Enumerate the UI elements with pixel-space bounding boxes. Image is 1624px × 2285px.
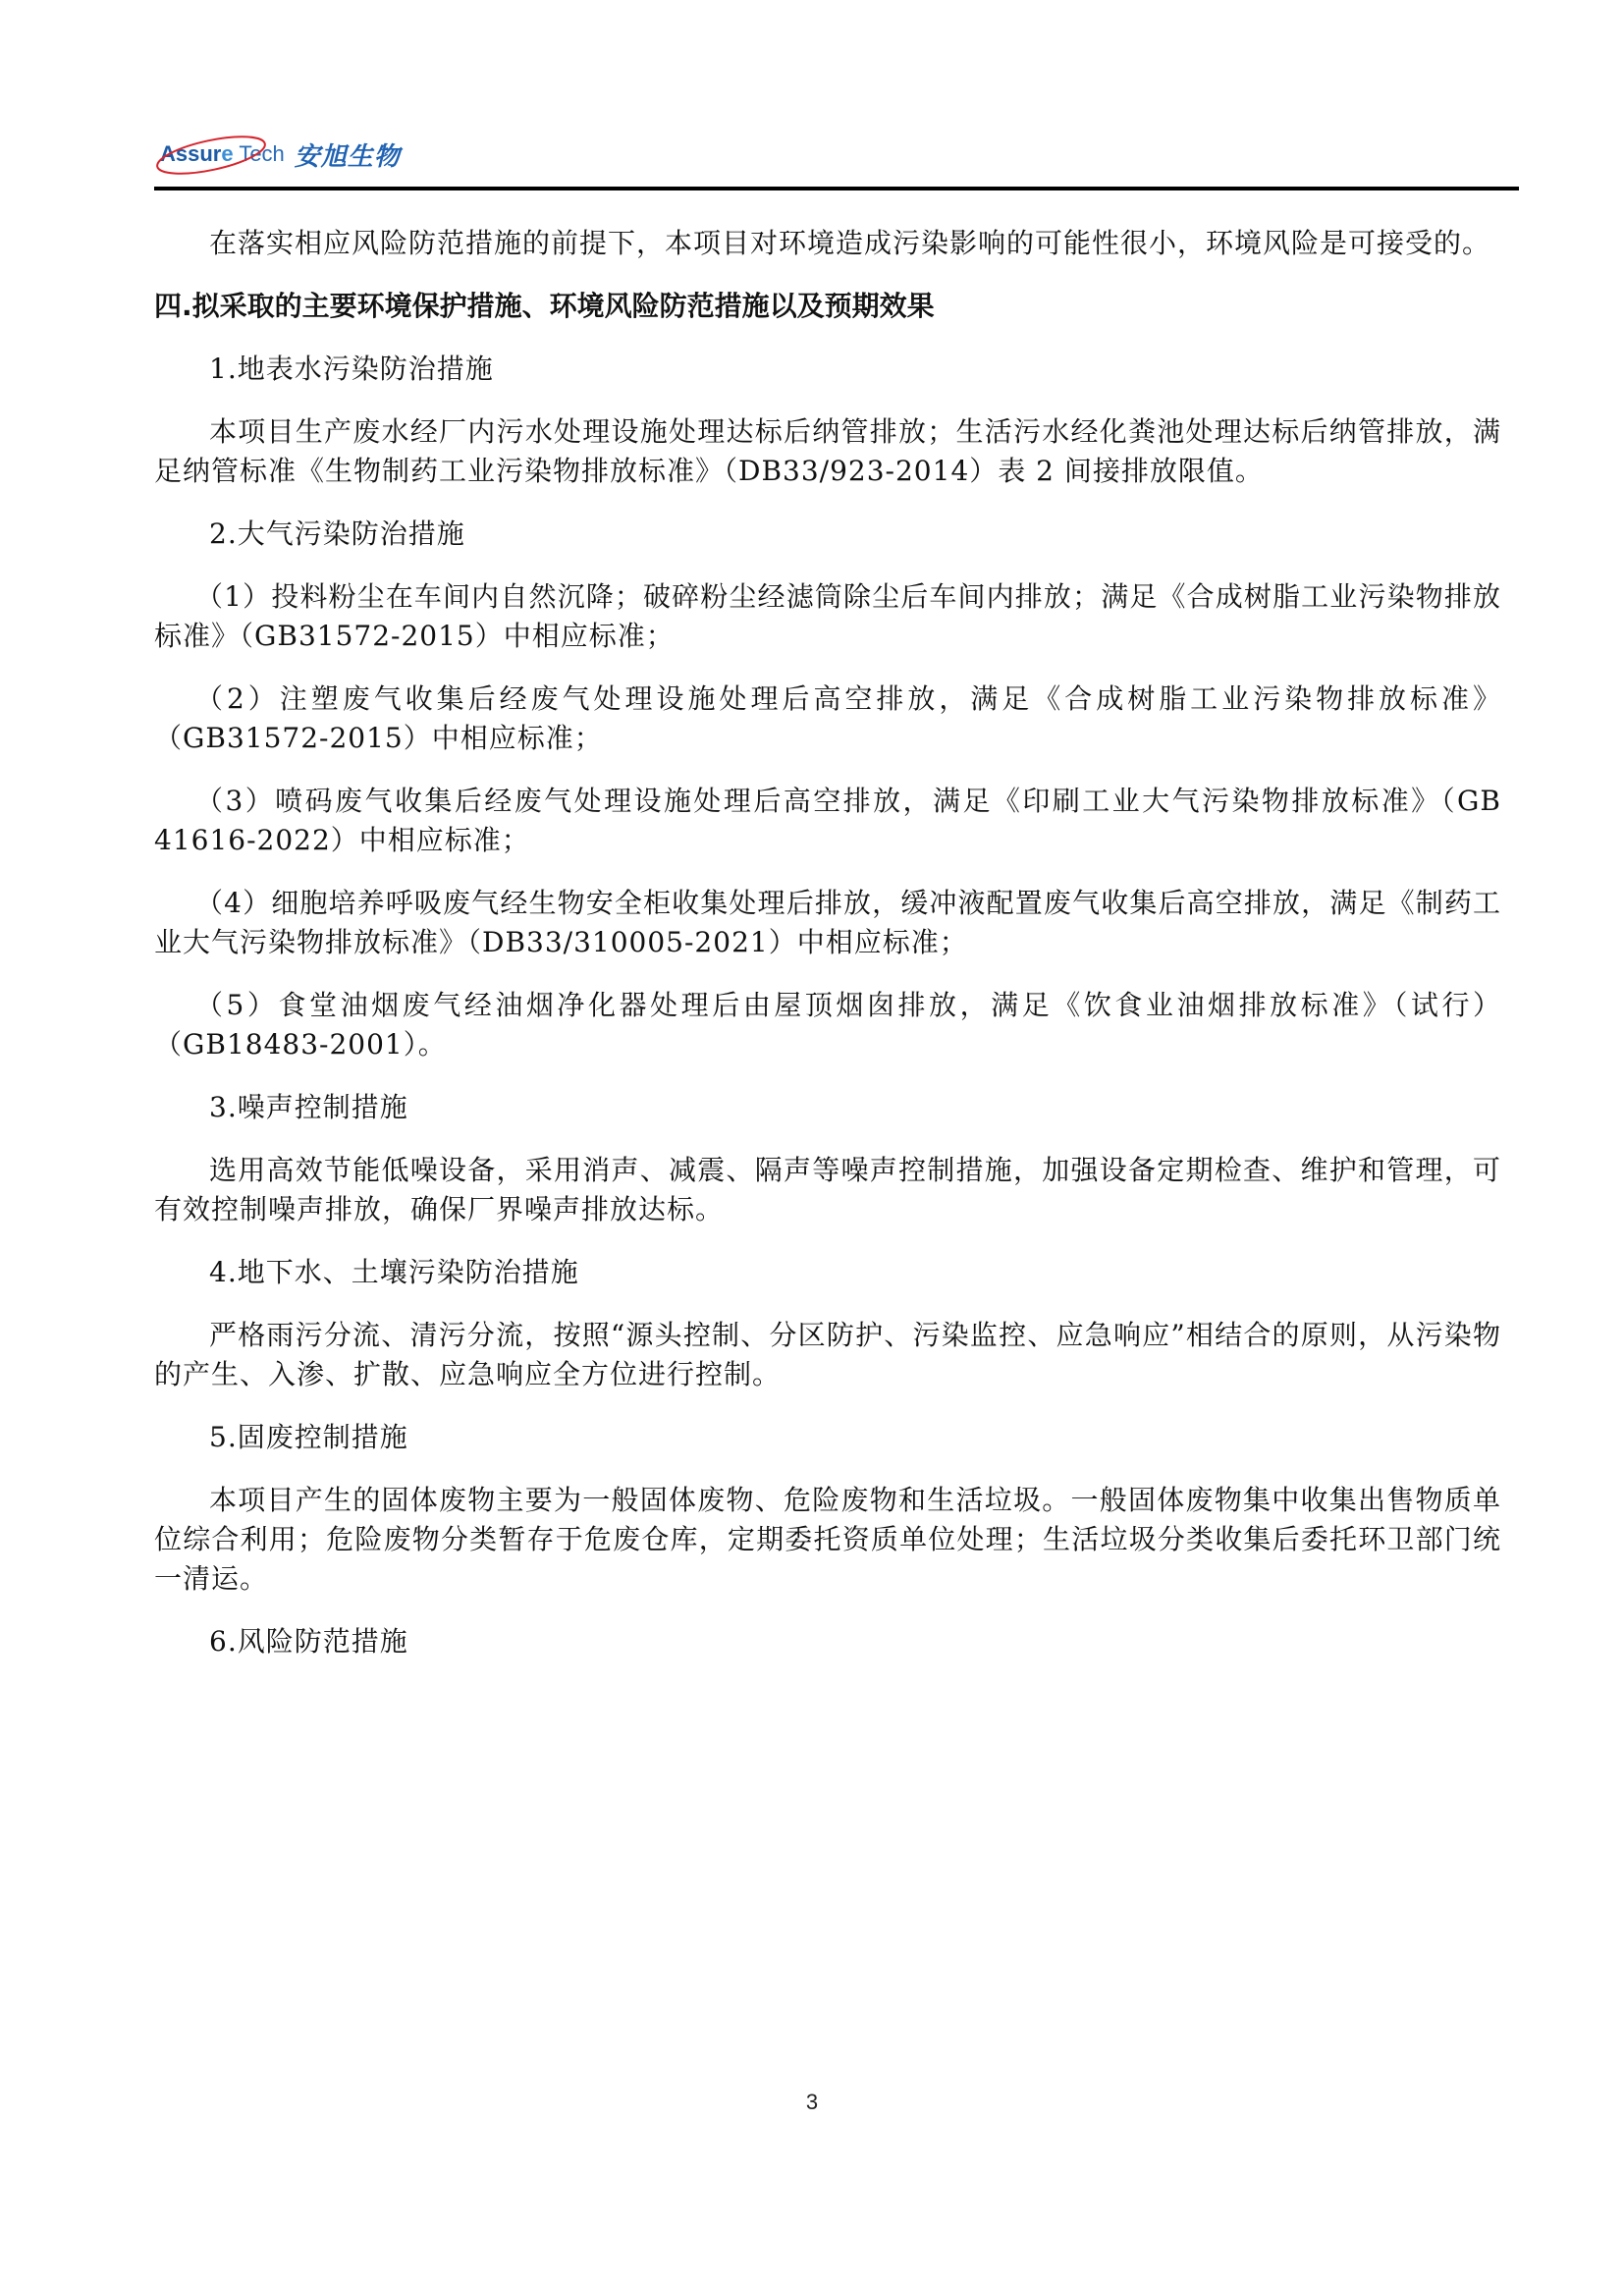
section-groundwater-soil: 4.地下水、土壤污染防治措施 严格雨污分流、清污分流，按照“源头控制、分区防护、…	[154, 1253, 1501, 1394]
section-surface-water: 1.地表水污染防治措施 本项目生产废水经厂内污水处理设施处理达标后纳管排放；生活…	[154, 350, 1501, 491]
subsection-title: 1.地表水污染防治措施	[154, 350, 1501, 389]
body-paragraph: （3）喷码废气收集后经废气处理设施处理后高空排放，满足《印刷工业大气污染物排放标…	[154, 782, 1501, 860]
body-paragraph: （5）食堂油烟废气经油烟净化器处理后由屋顶烟囱排放，满足《饮食业油烟排放标准》（…	[154, 986, 1501, 1064]
body-paragraph: （2）注塑废气收集后经废气处理设施处理后高空排放，满足《合成树脂工业污染物排放标…	[154, 680, 1501, 758]
page-header: Assure Tech 安旭生物	[154, 126, 1519, 194]
page-number: 3	[0, 2090, 1624, 2115]
logo-globe-letter: e	[221, 141, 233, 166]
header-divider	[154, 187, 1519, 190]
body-paragraph: （4）细胞培养呼吸废气经生物安全柜收集处理后排放，缓冲液配置废气收集后高空排放，…	[154, 884, 1501, 962]
section-noise-control: 3.噪声控制措施 选用高效节能低噪设备，采用消声、减震、隔声等噪声控制措施，加强…	[154, 1088, 1501, 1229]
subsection-title: 2.大气污染防治措施	[154, 515, 1501, 554]
company-logo: Assure Tech 安旭生物	[154, 130, 401, 179]
section-risk-prevention: 6.风险防范措施	[154, 1622, 1501, 1661]
body-paragraph: （1）投料粉尘在车间内自然沉降；破碎粉尘经滤筒除尘后车间内排放；满足《合成树脂工…	[154, 577, 1501, 656]
subsection-title: 4.地下水、土壤污染防治措施	[154, 1253, 1501, 1292]
body-paragraph: 选用高效节能低噪设备，采用消声、减震、隔声等噪声控制措施，加强设备定期检查、维护…	[154, 1151, 1501, 1229]
subsection-title: 6.风险防范措施	[154, 1622, 1501, 1661]
document-body: 在落实相应风险防范措施的前提下，本项目对环境造成污染影响的可能性很小，环境风险是…	[154, 224, 1501, 1685]
body-paragraph: 本项目产生的固体废物主要为一般固体废物、危险废物和生活垃圾。一般固体废物集中收集…	[154, 1481, 1501, 1599]
logo-assure-text: Assur	[160, 141, 221, 166]
logo-tech-text: Tech	[234, 141, 285, 166]
section-solid-waste: 5.固废控制措施 本项目产生的固体废物主要为一般固体废物、危险废物和生活垃圾。一…	[154, 1418, 1501, 1599]
subsection-title: 3.噪声控制措施	[154, 1088, 1501, 1127]
section-title: 四.拟采取的主要环境保护措施、环境风险防范措施以及预期效果	[154, 287, 1501, 326]
section-air-pollution: 2.大气污染防治措施 （1）投料粉尘在车间内自然沉降；破碎粉尘经滤筒除尘后车间内…	[154, 515, 1501, 1064]
subsection-title: 5.固废控制措施	[154, 1418, 1501, 1457]
body-paragraph: 严格雨污分流、清污分流，按照“源头控制、分区防护、污染监控、应急响应”相结合的原…	[154, 1316, 1501, 1394]
logo-wordmark: Assure Tech	[154, 141, 285, 167]
intro-paragraph: 在落实相应风险防范措施的前提下，本项目对环境造成污染影响的可能性很小，环境风险是…	[154, 224, 1501, 263]
logo-chinese-name: 安旭生物	[295, 136, 401, 173]
body-paragraph: 本项目生产废水经厂内污水处理设施处理达标后纳管排放；生活污水经化粪池处理达标后纳…	[154, 412, 1501, 491]
